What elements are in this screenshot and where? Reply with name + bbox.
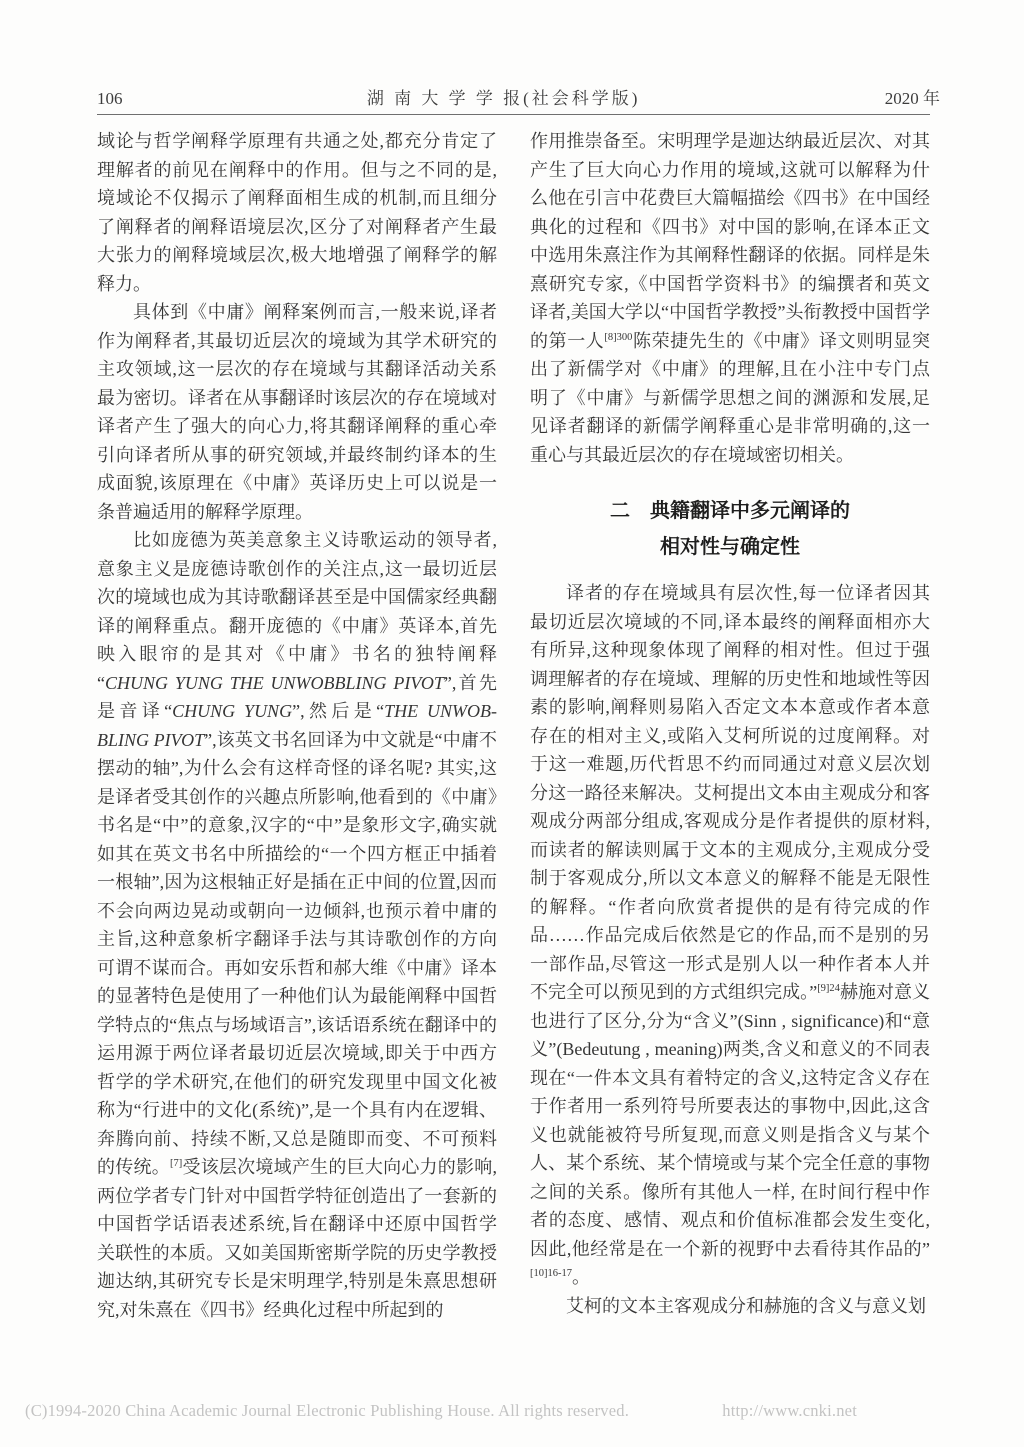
paragraph-eco-hirsch: 艾柯的文本主客观成分和赫施的含义与意义划 bbox=[530, 1292, 930, 1321]
copyright-notice: (C)1994-2020 China Academic Journal Elec… bbox=[25, 1401, 629, 1421]
left-column: 域论与哲学阐释学原理有共通之处,都充分肯定了理解者的前见在阐释中的作用。但与之不… bbox=[97, 127, 497, 1324]
page-footer: (C)1994-2020 China Academic Journal Elec… bbox=[25, 1401, 857, 1421]
page-header: 106 湖 南 大 学 学 报(社会科学版) 2020 年 bbox=[97, 84, 940, 109]
right-column: 作用推崇备至。宋明理学是迦达纳最近层次、对其产生了巨大向心力作用的境域,这就可以… bbox=[530, 127, 930, 1324]
citation-ref-9: [9]24 bbox=[817, 983, 840, 994]
article-body: 域论与哲学阐释学原理有共通之处,都充分肯定了理解者的前见在阐释中的作用。但与之不… bbox=[97, 127, 930, 1324]
journal-page: 106 湖 南 大 学 学 报(社会科学版) 2020 年 域论与哲学阐释学原理… bbox=[0, 0, 1024, 1447]
header-rule bbox=[97, 114, 930, 115]
italic-english-title: CHUNG YUNG THE UNWOBBLING PIVOT bbox=[105, 673, 444, 693]
journal-title: 湖 南 大 学 学 报(社会科学版) bbox=[367, 84, 641, 109]
citation-ref-10: [10]16-17 bbox=[530, 1268, 572, 1279]
paragraph-hermeneutics-continuation: 域论与哲学阐释学原理有共通之处,都充分肯定了理解者的前见在阐释中的作用。但与之不… bbox=[97, 127, 497, 298]
citation-ref-7: [7] bbox=[170, 1158, 182, 1169]
paragraph-relativity: 译者的存在境域具有层次性,每一位译者因其最切近层次境域的不同,译本最终的阐释面相… bbox=[530, 579, 930, 1292]
section-heading-line2: 相对性与确定性 bbox=[530, 529, 930, 565]
citation-ref-8: [8]300 bbox=[604, 332, 632, 343]
cnki-url: http://www.cnki.net bbox=[722, 1401, 857, 1421]
paragraph-zhongyong-case: 具体到《中庸》阐释案例而言,一般来说,译者作为阐释者,其最切近层次的境域为其学术… bbox=[97, 298, 497, 526]
section-heading: 二 典籍翻译中多元阐译的 相对性与确定性 bbox=[530, 493, 930, 565]
paragraph-zhuxi-continuation: 作用推崇备至。宋明理学是迦达纳最近层次、对其产生了巨大向心力作用的境域,这就可以… bbox=[530, 127, 930, 469]
paragraph-pound-example: 比如庞德为英美意象主义诗歌运动的领导者,意象主义是庞德诗歌创作的关注点,这一最切… bbox=[97, 526, 497, 1324]
section-heading-line1: 二 典籍翻译中多元阐译的 bbox=[530, 493, 930, 529]
issue-year: 2020 年 bbox=[885, 84, 940, 109]
italic-english-title: CHUNG YUNG bbox=[172, 701, 292, 721]
page-number: 106 bbox=[97, 89, 123, 109]
